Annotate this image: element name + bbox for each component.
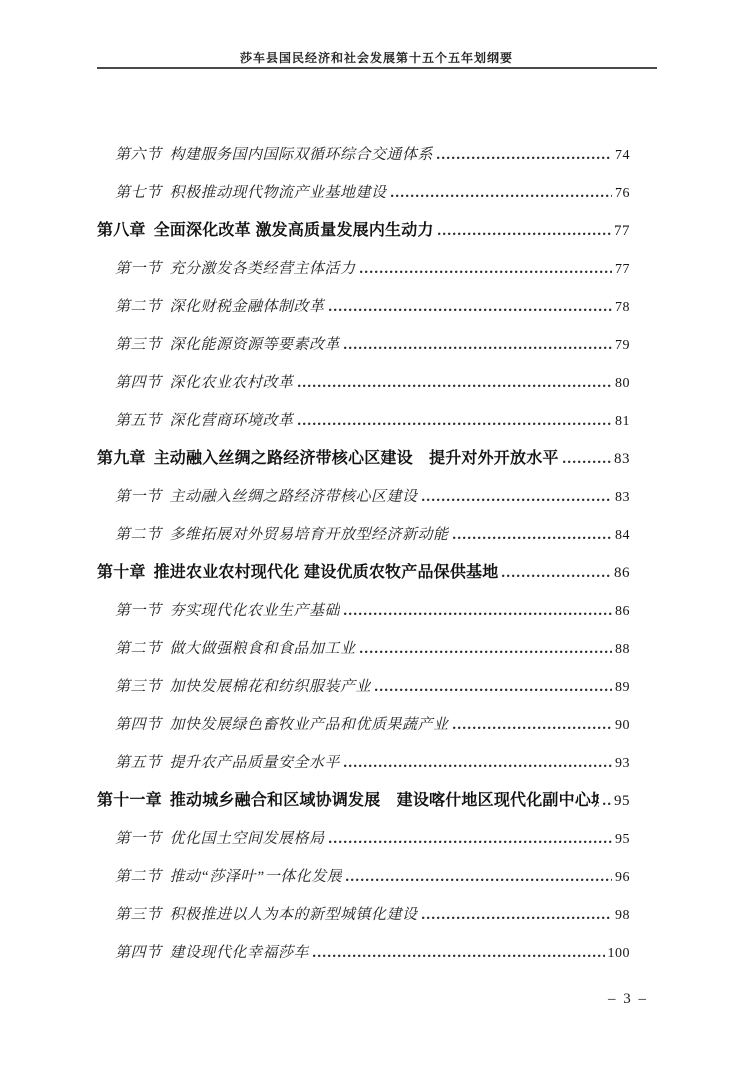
toc-entry-section: 第七节积极推动现代物流产业基地建设76: [97, 174, 630, 212]
toc-entry-title: 全面深化改革 激发高质量发展内生动力: [154, 212, 434, 250]
toc-entry-page: 83: [615, 479, 630, 517]
toc-entry-number: 第二节: [115, 288, 162, 326]
toc-entry-page: 80: [615, 365, 630, 403]
toc-entry-section: 第四节深化农业农村改革80: [97, 364, 630, 402]
dot-leader: [453, 535, 612, 539]
toc-entry-section: 第二节深化财税金融体制改革78: [97, 288, 630, 326]
toc-entry-page: 93: [615, 745, 630, 783]
toc-entry-number: 第三节: [115, 896, 162, 934]
toc-entry-title: 推动“莎泽叶”一体化发展: [170, 858, 343, 896]
toc-entry-number: 第五节: [115, 402, 162, 440]
toc-entry-number: 第十一章: [97, 782, 162, 820]
toc-entry-chapter: 第九章主动融入丝绸之路经济带核心区建设 提升对外开放水平83: [97, 440, 630, 478]
toc-entry-number: 第四节: [115, 706, 162, 744]
header-rule: [97, 67, 657, 69]
toc-entry-number: 第十章: [97, 554, 146, 592]
toc-entry-section: 第四节加快发展绿色畜牧业产品和优质果蔬产业90: [97, 706, 630, 744]
toc-entry-title: 夯实现代化农业生产基础: [170, 592, 341, 630]
toc-entry-title: 加快发展棉花和纺织服装产业: [170, 668, 372, 706]
toc-entry-page: 98: [615, 897, 630, 935]
toc-entry-page: 83: [614, 440, 630, 478]
footer-page-number: – 3 –: [608, 991, 648, 1007]
toc-entry-title: 主动融入丝绸之路经济带核心区建设: [170, 478, 418, 516]
dot-leader: [298, 421, 612, 425]
toc-entry-title: 多维拓展对外贸易培育开放型经济新动能: [170, 516, 449, 554]
dot-leader: [391, 193, 612, 197]
toc-entry-page: 74: [615, 137, 630, 175]
toc-entry-section: 第二节推动“莎泽叶”一体化发展96: [97, 858, 630, 896]
document-page: 莎车县国民经济和社会发展第十五个五年划纲要 第六节构建服务国内国际双循环综合交通…: [0, 0, 753, 1066]
header-title: 莎车县国民经济和社会发展第十五个五年划纲要: [0, 49, 753, 66]
dot-leader: [453, 725, 612, 729]
toc-entry-chapter: 第八章全面深化改革 激发高质量发展内生动力77: [97, 212, 630, 250]
toc-entry-chapter: 第十一章推动城乡融合和区域协调发展 建设喀什地区现代化副中心城市95: [97, 782, 630, 820]
toc-entry-title: 深化农业农村改革: [170, 364, 294, 402]
dot-leader: [344, 345, 612, 349]
toc-entry-title: 主动融入丝绸之路经济带核心区建设 提升对外开放水平: [154, 440, 559, 478]
dot-leader: [563, 459, 611, 463]
toc-entry-page: 95: [614, 782, 630, 820]
toc-entry-title: 深化营商环境改革: [170, 402, 294, 440]
toc-entry-section: 第二节做大做强粮食和食品加工业88: [97, 630, 630, 668]
toc-entry-title: 充分激发各类经营主体活力: [170, 250, 356, 288]
toc-entry-section: 第四节建设现代化幸福莎车100: [97, 934, 630, 972]
toc-entry-page: 100: [608, 935, 631, 973]
toc-entry-number: 第六节: [115, 136, 162, 174]
table-of-contents: 第六节构建服务国内国际双循环综合交通体系74第七节积极推动现代物流产业基地建设7…: [97, 136, 630, 972]
dot-leader: [313, 953, 604, 957]
toc-entry-title: 推进农业农村现代化 建设优质农牧产品保供基地: [154, 554, 499, 592]
toc-entry-page: 77: [615, 251, 630, 289]
toc-entry-number: 第三节: [115, 326, 162, 364]
toc-entry-number: 第七节: [115, 174, 162, 212]
toc-entry-page: 78: [615, 289, 630, 327]
toc-entry-title: 积极推进以人为本的新型城镇化建设: [170, 896, 418, 934]
toc-entry-title: 优化国土空间发展格局: [170, 820, 325, 858]
dot-leader: [502, 573, 611, 577]
toc-entry-title: 建设现代化幸福莎车: [170, 934, 310, 972]
toc-entry-number: 第二节: [115, 858, 162, 896]
toc-entry-number: 第一节: [115, 478, 162, 516]
toc-entry-section: 第三节积极推进以人为本的新型城镇化建设98: [97, 896, 630, 934]
dot-leader: [422, 497, 612, 501]
toc-entry-title: 推动城乡融合和区域协调发展 建设喀什地区现代化副中心城市: [170, 782, 599, 820]
toc-entry-section: 第一节优化国土空间发展格局95: [97, 820, 630, 858]
toc-entry-section: 第一节夯实现代化农业生产基础86: [97, 592, 630, 630]
toc-entry-section: 第六节构建服务国内国际双循环综合交通体系74: [97, 136, 630, 174]
toc-entry-number: 第五节: [115, 744, 162, 782]
toc-entry-page: 86: [614, 554, 630, 592]
toc-entry-page: 76: [615, 175, 630, 213]
toc-entry-title: 深化财税金融体制改革: [170, 288, 325, 326]
toc-entry-title: 提升农产品质量安全水平: [170, 744, 341, 782]
toc-entry-page: 95: [615, 821, 630, 859]
toc-entry-section: 第五节深化营商环境改革81: [97, 402, 630, 440]
toc-entry-number: 第一节: [115, 592, 162, 630]
toc-entry-page: 90: [615, 707, 630, 745]
toc-entry-number: 第一节: [115, 820, 162, 858]
toc-entry-section: 第一节充分激发各类经营主体活力77: [97, 250, 630, 288]
dot-leader: [422, 915, 612, 919]
toc-entry-number: 第九章: [97, 440, 146, 478]
toc-entry-page: 96: [615, 859, 630, 897]
dot-leader: [437, 155, 612, 159]
toc-entry-title: 加快发展绿色畜牧业产品和优质果蔬产业: [170, 706, 449, 744]
toc-entry-number: 第二节: [115, 630, 162, 668]
toc-entry-title: 构建服务国内国际双循环综合交通体系: [170, 136, 434, 174]
dot-leader: [329, 307, 612, 311]
toc-entry-section: 第三节加快发展棉花和纺织服装产业89: [97, 668, 630, 706]
toc-entry-page: 77: [614, 212, 630, 250]
toc-entry-number: 第四节: [115, 364, 162, 402]
dot-leader: [329, 839, 612, 843]
toc-entry-title: 深化能源资源等要素改革: [170, 326, 341, 364]
toc-entry-number: 第一节: [115, 250, 162, 288]
dot-leader: [346, 877, 612, 881]
toc-entry-page: 86: [615, 593, 630, 631]
toc-entry-title: 积极推动现代物流产业基地建设: [170, 174, 387, 212]
toc-entry-page: 89: [615, 669, 630, 707]
toc-entry-page: 81: [615, 403, 630, 441]
toc-entry-section: 第五节提升农产品质量安全水平93: [97, 744, 630, 782]
toc-entry-page: 84: [615, 517, 630, 555]
dot-leader: [603, 801, 611, 805]
toc-entry-title: 做大做强粮食和食品加工业: [170, 630, 356, 668]
dot-leader: [360, 649, 612, 653]
dot-leader: [298, 383, 612, 387]
toc-entry-number: 第八章: [97, 212, 146, 250]
dot-leader: [344, 763, 612, 767]
dot-leader: [360, 269, 612, 273]
toc-entry-section: 第一节主动融入丝绸之路经济带核心区建设83: [97, 478, 630, 516]
dot-leader: [344, 611, 612, 615]
toc-entry-number: 第四节: [115, 934, 162, 972]
toc-entry-section: 第三节深化能源资源等要素改革79: [97, 326, 630, 364]
toc-entry-number: 第二节: [115, 516, 162, 554]
page-footer: – 3 –: [608, 991, 648, 1008]
toc-entry-number: 第三节: [115, 668, 162, 706]
dot-leader: [438, 231, 611, 235]
toc-entry-section: 第二节多维拓展对外贸易培育开放型经济新动能84: [97, 516, 630, 554]
toc-entry-chapter: 第十章推进农业农村现代化 建设优质农牧产品保供基地86: [97, 554, 630, 592]
toc-entry-page: 79: [615, 327, 630, 365]
toc-entry-page: 88: [615, 631, 630, 669]
dot-leader: [375, 687, 612, 691]
